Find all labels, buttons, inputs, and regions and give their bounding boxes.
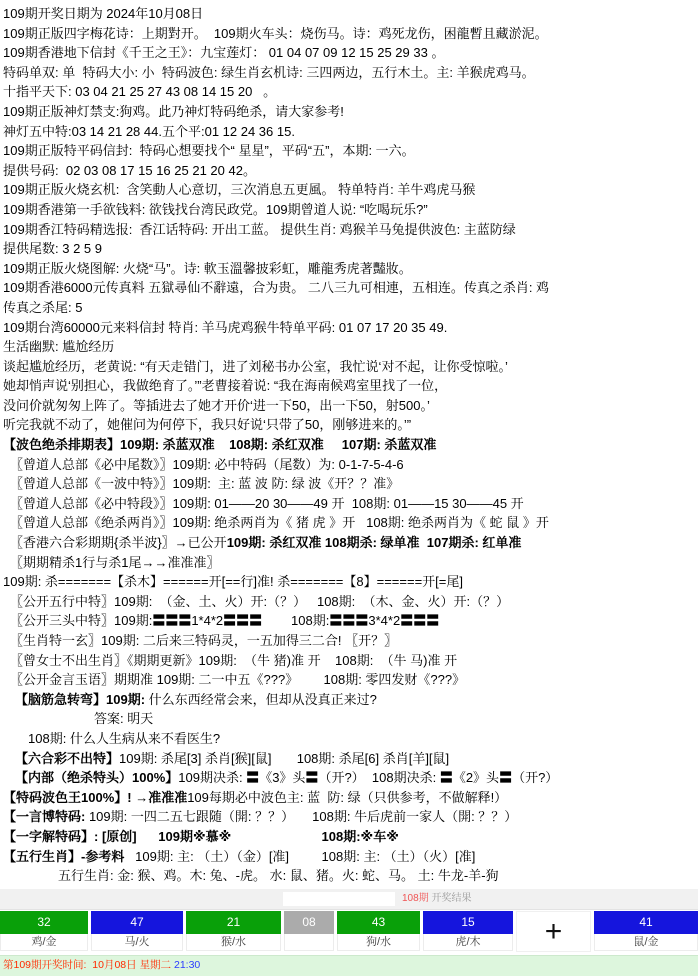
text-line: 109期香港6000元传真料 五獄尋仙不辭遠，合为贵。 二八三九可相連，五相连。… [0, 278, 698, 298]
text-line: 109期正版火烧玄机: 含笑動人心意切，三次消息五更風。 特单特肖: 羊牛鸡虎马… [0, 180, 698, 200]
text-line: 109期: 杀=======【杀木】======开[==行]准! 杀======… [0, 572, 698, 592]
text-line: 她却悄声说‘别担心，我做绝育了。’”老曹接着说: “我在海南候鸡室里找了一位， [0, 376, 698, 396]
result-cell: 32鸡/金 [0, 911, 88, 952]
page: 109期开奖日期为 2024年10月08日109期正版四字梅花诗：上期對开。 1… [0, 0, 698, 976]
text-line: 109期正版特平码信封: 特码心想要找个“ 星星”，平码“五”，本期: 一六。 [0, 141, 698, 161]
results-title-label: 开奖结果 [429, 893, 472, 904]
result-cell: 08 [284, 911, 334, 952]
text-line: 提供尾数: 3 2 5 9 [0, 239, 698, 259]
result-cell: 43狗/水 [337, 911, 420, 952]
content-lines: 109期开奖日期为 2024年10月08日109期正版四字梅花诗：上期對开。 1… [0, 0, 698, 889]
next-draw-statusbar: 第109期开奖时间: 10月08日 星期二 21:30 [0, 955, 698, 976]
result-cell: 21猴/水 [186, 911, 281, 952]
result-zodiac: 鸡/金 [0, 934, 88, 951]
result-number: 41 [594, 911, 698, 934]
text-line: 答案: 明天 [0, 709, 698, 729]
text-line: 〖公开三头中特〗109期:〓〓〓1*4*2〓〓〓 108期:〓〓〓3*4*2〓〓… [0, 611, 698, 631]
text-line: 109期台湾60000元来料信封 特肖: 羊马虎鸡猴牛特单平码: 01 07 1… [0, 318, 698, 338]
text-line: 109期香港地下信封《千王之王》：九宝莲灯： 01 04 07 09 12 15… [0, 43, 698, 63]
result-number: 15 [423, 911, 513, 934]
text-line: 【一字解特码】: [原创] 109期※慕※ 108期:※车※ [0, 827, 698, 847]
result-zodiac: 马/火 [91, 934, 183, 951]
text-line: 提供号码: 02 03 08 17 15 16 25 21 20 42。 [0, 161, 698, 181]
result-number: 21 [186, 911, 281, 934]
text-line: 108期: 什么人生病从来不看医生? [0, 729, 698, 749]
text-line: 〖期期精杀1行与杀1尾→→准准准〗 [0, 553, 698, 573]
result-zodiac: 鼠/金 [594, 934, 698, 951]
text-line: 谈起尴尬经历，老黄说: “有天走错门，进了刘秘书办公室，我忙说‘对不起，让你受惊… [0, 357, 698, 377]
result-cell: 47马/火 [91, 911, 183, 952]
text-line: 听完我就不动了，她催问为何停下，我只好说‘只带了50，刚够进来的。’” [0, 415, 698, 435]
next-draw-time: 21:30 [174, 959, 200, 971]
result-zodiac: 狗/水 [337, 934, 420, 951]
results-section: 32鸡/金47马/火21猴/水0843狗/水15虎/木+41鼠/金 [0, 910, 698, 955]
next-draw-prefix: 第109期开奖时间: [3, 959, 92, 971]
text-line: 十指平天下: 03 04 21 25 27 43 08 14 15 20 。 [0, 82, 698, 102]
text-line: 〖香港六合彩期期{杀半波}〗→已公开109期: 杀红双准 108期杀: 绿单准 … [0, 533, 698, 553]
text-line: 【波色绝杀排期表】109期: 杀蓝双准 108期: 杀红双准 107期: 杀蓝双… [0, 435, 698, 455]
result-cell: 41鼠/金 [594, 911, 698, 952]
results-header: 108期 开奖结果 [0, 889, 698, 910]
results-row: 32鸡/金47马/火21猴/水0843狗/水15虎/木+41鼠/金 [0, 911, 698, 952]
results-header-text: 108期 开奖结果 [402, 889, 471, 909]
text-line: 〖曾女士不出生肖〗《期期更新》109期: （牛 猪)准 开 108期: （牛 马… [0, 651, 698, 671]
plus-separator: + [516, 911, 591, 952]
logo-box [283, 892, 395, 906]
text-line: 〖公开五行中特〗109期: （金、土、火）开:（？） 108期: （木、金、火）… [0, 592, 698, 612]
text-line: 109期香港第一手欲钱料: 欲钱找台湾民政党。109期曾道人说: “吃喝玩乐?” [0, 200, 698, 220]
result-zodiac [284, 934, 334, 951]
result-number: 08 [284, 911, 334, 934]
text-line: 〖曾道人总部《必中尾数》〗109期: 必中特码（尾数）为: 0-1-7-5-4-… [0, 455, 698, 475]
results-issue-label: 108期 [402, 893, 429, 904]
text-line: 〖曾道人总部《必中特段》〗109期: 01——20 30——49 开 108期:… [0, 494, 698, 514]
text-line: 【一言博特码: 109期: 一四二五七跟随（開: ？？） 108期: 牛后虎前一… [0, 807, 698, 827]
text-line: 109期香江特码精选报: 香江话特码: 开出工蓝。 提供生肖: 鸡猴羊马兔提供波… [0, 220, 698, 240]
text-line: 【内部（绝杀特头）100%】109期决杀: 〓《3》头〓（开?） 108期决杀:… [0, 768, 698, 788]
result-number: 43 [337, 911, 420, 934]
next-draw-date: 10月08日 [92, 959, 139, 971]
text-line: 〖生肖特一玄〗109期: 二后来三特码灵，一五加得三二合! 〖开？〗 [0, 631, 698, 651]
result-number: 32 [0, 911, 88, 934]
next-draw-weekday: 星期二 [140, 959, 174, 971]
text-line: 〖曾道人总部《绝杀两肖》〗109期: 绝杀两肖为《 猪 虎 》开 108期: 绝… [0, 513, 698, 533]
text-line: 五行生肖: 金: 猴、鸡。木: 兔、-虎。 水: 鼠、猪。火: 蛇、马。 土: … [0, 866, 698, 886]
text-line: 109期开奖日期为 2024年10月08日 [0, 4, 698, 24]
text-line: 〖曾道人总部《一波中特》〗109期: 主: 蓝 波 防: 绿 波《开？？准》 [0, 474, 698, 494]
text-line: 109期正版神灯禁支:狗鸡。此乃神灯特码绝杀，请大家参考! [0, 102, 698, 122]
text-line: 109期正版四字梅花诗：上期對开。 109期火车头：烧伤马。诗：鸡死龙伤，困龍暫… [0, 24, 698, 44]
text-line: 【六合彩不出特】109期: 杀尾[3] 杀肖[猴][鼠] 108期: 杀尾[6]… [0, 749, 698, 769]
text-line: 〖公开金言玉语〗期期准 109期: 二一中五《???》 108期: 零四发财《?… [0, 670, 698, 690]
text-line: 传真之杀尾: 5 [0, 298, 698, 318]
text-line: 【五行生肖】-参考料 109期: 主: （土）（金）[准] 108期: 主: （… [0, 847, 698, 867]
text-line: 没问价就匆匆上阵了。等插进去了她才开价‘进一下50，出一下50，射500。’ [0, 396, 698, 416]
text-line: 生活幽默: 尴尬经历 [0, 337, 698, 357]
text-line: 【特码波色王100%】! →准准准109每期必中波色主: 蓝 防: 绿（只供参考… [0, 788, 698, 808]
text-line: 特码单双: 单 特码大小: 小 特码波色: 绿生肖玄机诗: 三四两边，五行木土。… [0, 63, 698, 83]
result-cell: 15虎/木 [423, 911, 513, 952]
result-number: 47 [91, 911, 183, 934]
text-line: 神灯五中特:03 14 21 28 44.五个平:01 12 24 36 15. [0, 122, 698, 142]
text-line: 【脑筋急转弯】109期: 什么东西经常会来，但却从没真正来过? [0, 690, 698, 710]
result-zodiac: 虎/木 [423, 934, 513, 951]
text-line: 109期正版火烧图解: 火烧“马”。诗: 軟玉溫馨披彩虹，雕龍秀虎著豔妝。 [0, 259, 698, 279]
result-zodiac: 猴/水 [186, 934, 281, 951]
